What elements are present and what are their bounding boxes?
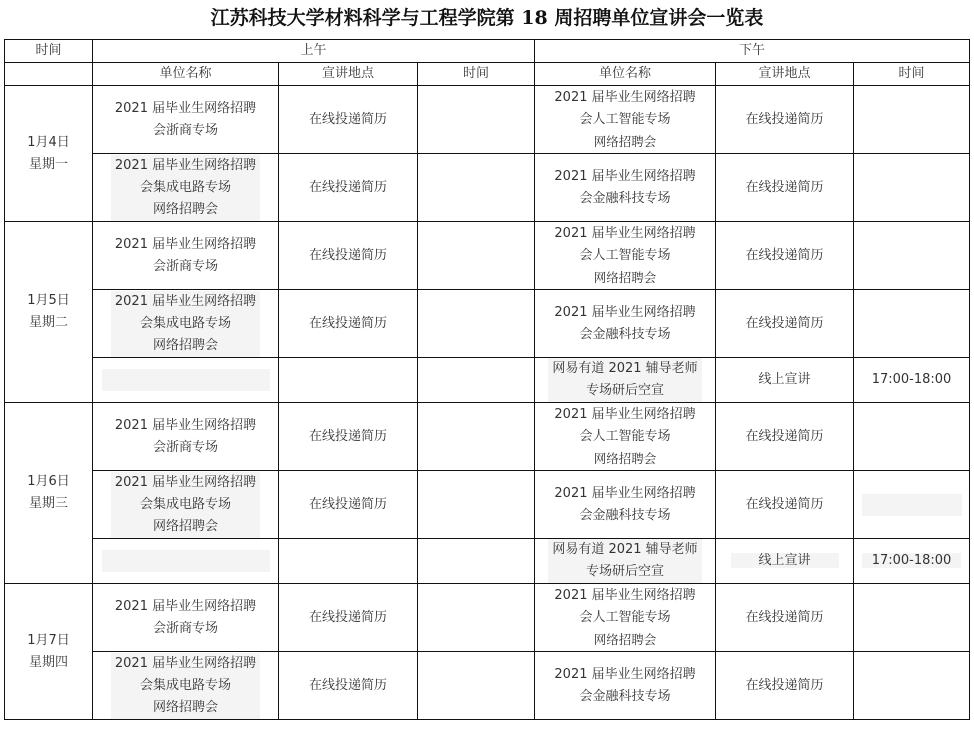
am-time <box>418 403 535 471</box>
unit-line: 2021 届毕业生网络招聘 <box>115 155 256 177</box>
pm-unit-name: 网易有道 2021 辅导老师 专场研后空宣 <box>535 358 716 403</box>
pm-time <box>854 154 970 222</box>
unit-line: 网络招聘会 <box>535 131 715 153</box>
header-row-periods: 时间 上午 下午 <box>5 40 970 63</box>
table-row: 网易有道 2021 辅导老师 专场研后空宣 线上宣讲 17:00-18:00 <box>5 358 970 403</box>
unit-line: 网络招聘会 <box>115 335 256 357</box>
unit-name-shaded: 2021 届毕业生网络招聘 会集成电路专场 网络招聘会 <box>111 155 260 221</box>
empty-shaded-cell <box>102 550 270 572</box>
am-venue <box>279 358 418 403</box>
table-row: 1月6日 星期三 2021 届毕业生网络招聘 会浙商专场 在线投递简历 2021… <box>5 403 970 471</box>
unit-name-shaded: 网易有道 2021 辅导老师 专场研后空宣 <box>548 539 701 583</box>
pm-venue: 在线投递简历 <box>716 154 854 222</box>
pm-venue: 在线投递简历 <box>716 403 854 471</box>
weekday-label: 星期四 <box>5 652 92 674</box>
unit-line: 会金融科技专场 <box>535 686 715 708</box>
am-unit-name: 2021 届毕业生网络招聘 会集成电路专场 网络招聘会 <box>93 290 279 358</box>
table-row: 2021 届毕业生网络招聘 会集成电路专场 网络招聘会 在线投递简历 2021 … <box>5 652 970 720</box>
unit-line: 2021 届毕业生网络招聘 <box>535 664 715 686</box>
pm-time <box>854 222 970 290</box>
pm-venue: 在线投递简历 <box>716 471 854 539</box>
unit-line: 网络招聘会 <box>535 629 715 651</box>
am-venue: 在线投递简历 <box>279 584 418 652</box>
pm-unit-name: 2021 届毕业生网络招聘 会人工智能专场 网络招聘会 <box>535 222 716 290</box>
pm-time: 17:00-18:00 <box>854 539 970 584</box>
pm-time <box>854 584 970 652</box>
weekday-label: 星期一 <box>5 154 92 176</box>
unit-line: 会浙商专场 <box>93 256 278 278</box>
date-label: 1月7日 <box>5 630 92 652</box>
unit-name-shaded: 2021 届毕业生网络招聘 会集成电路专场 网络招聘会 <box>111 653 260 719</box>
pm-unit-name: 2021 届毕业生网络招聘 会金融科技专场 <box>535 290 716 358</box>
am-time <box>418 652 535 720</box>
unit-line: 会金融科技专场 <box>535 505 715 527</box>
unit-line: 网络招聘会 <box>535 448 715 470</box>
weekday-label: 星期二 <box>5 312 92 334</box>
header-row-columns: 单位名称 宣讲地点 时间 单位名称 宣讲地点 时间 <box>5 63 970 86</box>
unit-line: 会集成电路专场 <box>115 177 256 199</box>
unit-line: 专场研后空宣 <box>552 380 697 402</box>
unit-line: 会人工智能专场 <box>535 109 715 131</box>
header-pm-time: 时间 <box>854 63 970 86</box>
header-time: 时间 <box>5 40 93 63</box>
pm-unit-name: 2021 届毕业生网络招聘 会金融科技专场 <box>535 652 716 720</box>
am-unit-name-empty <box>93 539 279 584</box>
unit-name-shaded: 2021 届毕业生网络招聘 会集成电路专场 网络招聘会 <box>111 291 260 357</box>
header-pm-unit-name: 单位名称 <box>535 63 716 86</box>
pm-time <box>854 652 970 720</box>
table-row: 1月7日 星期四 2021 届毕业生网络招聘 会浙商专场 在线投递简历 2021… <box>5 584 970 652</box>
unit-name-shaded: 2021 届毕业生网络招聘 会集成电路专场 网络招聘会 <box>111 472 260 538</box>
unit-line: 2021 届毕业生网络招聘 <box>535 166 715 188</box>
pm-venue: 在线投递简历 <box>716 652 854 720</box>
unit-line: 网络招聘会 <box>115 516 256 538</box>
pm-time <box>854 471 970 539</box>
table-row: 网易有道 2021 辅导老师 专场研后空宣 线上宣讲 17:00-18:00 <box>5 539 970 584</box>
am-unit-name: 2021 届毕业生网络招聘 会浙商专场 <box>93 86 279 154</box>
am-time <box>418 539 535 584</box>
pm-time: 17:00-18:00 <box>854 358 970 403</box>
am-unit-name: 2021 届毕业生网络招聘 会集成电路专场 网络招聘会 <box>93 154 279 222</box>
pm-time <box>854 290 970 358</box>
unit-line: 2021 届毕业生网络招聘 <box>115 291 256 313</box>
unit-line: 网络招聘会 <box>115 199 256 221</box>
am-venue: 在线投递简历 <box>279 86 418 154</box>
am-venue <box>279 539 418 584</box>
unit-line: 2021 届毕业生网络招聘 <box>93 234 278 256</box>
unit-line: 会集成电路专场 <box>115 313 256 335</box>
table-row: 1月5日 星期二 2021 届毕业生网络招聘 会浙商专场 在线投递简历 2021… <box>5 222 970 290</box>
table-row: 1月4日 星期一 2021 届毕业生网络招聘 会浙商专场 在线投递简历 2021… <box>5 86 970 154</box>
am-unit-name: 2021 届毕业生网络招聘 会浙商专场 <box>93 403 279 471</box>
date-label: 1月4日 <box>5 132 92 154</box>
pm-unit-name: 网易有道 2021 辅导老师 专场研后空宣 <box>535 539 716 584</box>
unit-line: 网络招聘会 <box>115 697 256 719</box>
pm-unit-name: 2021 届毕业生网络招聘 会人工智能专场 网络招聘会 <box>535 86 716 154</box>
date-label: 1月5日 <box>5 290 92 312</box>
pm-unit-name: 2021 届毕业生网络招聘 会人工智能专场 网络招聘会 <box>535 584 716 652</box>
date-cell: 1月4日 星期一 <box>5 86 93 222</box>
pm-venue: 线上宣讲 <box>716 539 854 584</box>
unit-line: 会浙商专场 <box>93 437 278 459</box>
am-unit-name: 2021 届毕业生网络招聘 会集成电路专场 网络招聘会 <box>93 471 279 539</box>
am-unit-name: 2021 届毕业生网络招聘 会浙商专场 <box>93 222 279 290</box>
unit-line: 专场研后空宣 <box>552 561 697 583</box>
unit-line: 2021 届毕业生网络招聘 <box>535 302 715 324</box>
header-afternoon: 下午 <box>535 40 970 63</box>
header-pm-venue: 宣讲地点 <box>716 63 854 86</box>
table-row: 2021 届毕业生网络招聘 会集成电路专场 网络招聘会 在线投递简历 2021 … <box>5 471 970 539</box>
time-shaded: 17:00-18:00 <box>862 553 962 568</box>
am-unit-name: 2021 届毕业生网络招聘 会浙商专场 <box>93 584 279 652</box>
am-time <box>418 154 535 222</box>
am-venue: 在线投递简历 <box>279 290 418 358</box>
unit-line: 网易有道 2021 辅导老师 <box>552 358 697 380</box>
unit-line: 会人工智能专场 <box>535 426 715 448</box>
pm-venue: 线上宣讲 <box>716 358 854 403</box>
unit-line: 2021 届毕业生网络招聘 <box>535 585 715 607</box>
pm-venue: 在线投递简历 <box>716 86 854 154</box>
unit-name-shaded: 网易有道 2021 辅导老师 专场研后空宣 <box>548 358 701 402</box>
am-unit-name: 2021 届毕业生网络招聘 会集成电路专场 网络招聘会 <box>93 652 279 720</box>
am-unit-name-empty <box>93 358 279 403</box>
table-row: 2021 届毕业生网络招聘 会集成电路专场 网络招聘会 在线投递简历 2021 … <box>5 154 970 222</box>
document-title: 江苏科技大学材料科学与工程学院第 18 周招聘单位宣讲会一览表 <box>0 2 974 34</box>
am-venue: 在线投递简历 <box>279 652 418 720</box>
unit-line: 会浙商专场 <box>93 120 278 142</box>
am-time <box>418 584 535 652</box>
am-time <box>418 86 535 154</box>
am-time <box>418 358 535 403</box>
pm-venue: 在线投递简历 <box>716 584 854 652</box>
unit-line: 会人工智能专场 <box>535 245 715 267</box>
table-row: 2021 届毕业生网络招聘 会集成电路专场 网络招聘会 在线投递简历 2021 … <box>5 290 970 358</box>
header-am-unit-name: 单位名称 <box>93 63 279 86</box>
date-cell: 1月6日 星期三 <box>5 403 93 584</box>
am-time <box>418 222 535 290</box>
date-cell: 1月7日 星期四 <box>5 584 93 720</box>
pm-unit-name: 2021 届毕业生网络招聘 会人工智能专场 网络招聘会 <box>535 403 716 471</box>
unit-line: 会金融科技专场 <box>535 324 715 346</box>
unit-line: 2021 届毕业生网络招聘 <box>535 87 715 109</box>
unit-line: 2021 届毕业生网络招聘 <box>535 404 715 426</box>
am-venue: 在线投递简历 <box>279 222 418 290</box>
schedule-table: 时间 上午 下午 单位名称 宣讲地点 时间 单位名称 宣讲地点 时间 1月4日 … <box>4 39 970 720</box>
unit-line: 网络招聘会 <box>535 267 715 289</box>
header-am-venue: 宣讲地点 <box>279 63 418 86</box>
empty-shaded-cell <box>862 494 962 516</box>
pm-time <box>854 86 970 154</box>
unit-line: 2021 届毕业生网络招聘 <box>535 223 715 245</box>
unit-line: 会浙商专场 <box>93 618 278 640</box>
header-am-time: 时间 <box>418 63 535 86</box>
venue-shaded: 线上宣讲 <box>731 553 839 568</box>
unit-line: 网易有道 2021 辅导老师 <box>552 539 697 561</box>
unit-line: 会集成电路专场 <box>115 494 256 516</box>
am-venue: 在线投递简历 <box>279 403 418 471</box>
pm-unit-name: 2021 届毕业生网络招聘 会金融科技专场 <box>535 471 716 539</box>
unit-line: 2021 届毕业生网络招聘 <box>535 483 715 505</box>
unit-line: 2021 届毕业生网络招聘 <box>115 472 256 494</box>
unit-line: 2021 届毕业生网络招聘 <box>93 98 278 120</box>
am-venue: 在线投递简历 <box>279 471 418 539</box>
pm-unit-name: 2021 届毕业生网络招聘 会金融科技专场 <box>535 154 716 222</box>
unit-line: 会集成电路专场 <box>115 675 256 697</box>
unit-line: 2021 届毕业生网络招聘 <box>93 415 278 437</box>
unit-line: 会人工智能专场 <box>535 607 715 629</box>
unit-line: 2021 届毕业生网络招聘 <box>115 653 256 675</box>
am-time <box>418 471 535 539</box>
header-morning: 上午 <box>93 40 535 63</box>
date-label: 1月6日 <box>5 471 92 493</box>
pm-venue: 在线投递简历 <box>716 222 854 290</box>
weekday-label: 星期三 <box>5 493 92 515</box>
empty-shaded-cell <box>102 369 270 391</box>
unit-line: 会金融科技专场 <box>535 188 715 210</box>
am-time <box>418 290 535 358</box>
pm-time <box>854 403 970 471</box>
pm-venue: 在线投递简历 <box>716 290 854 358</box>
am-venue: 在线投递简历 <box>279 154 418 222</box>
header-blank <box>5 63 93 86</box>
unit-line: 2021 届毕业生网络招聘 <box>93 596 278 618</box>
date-cell: 1月5日 星期二 <box>5 222 93 403</box>
